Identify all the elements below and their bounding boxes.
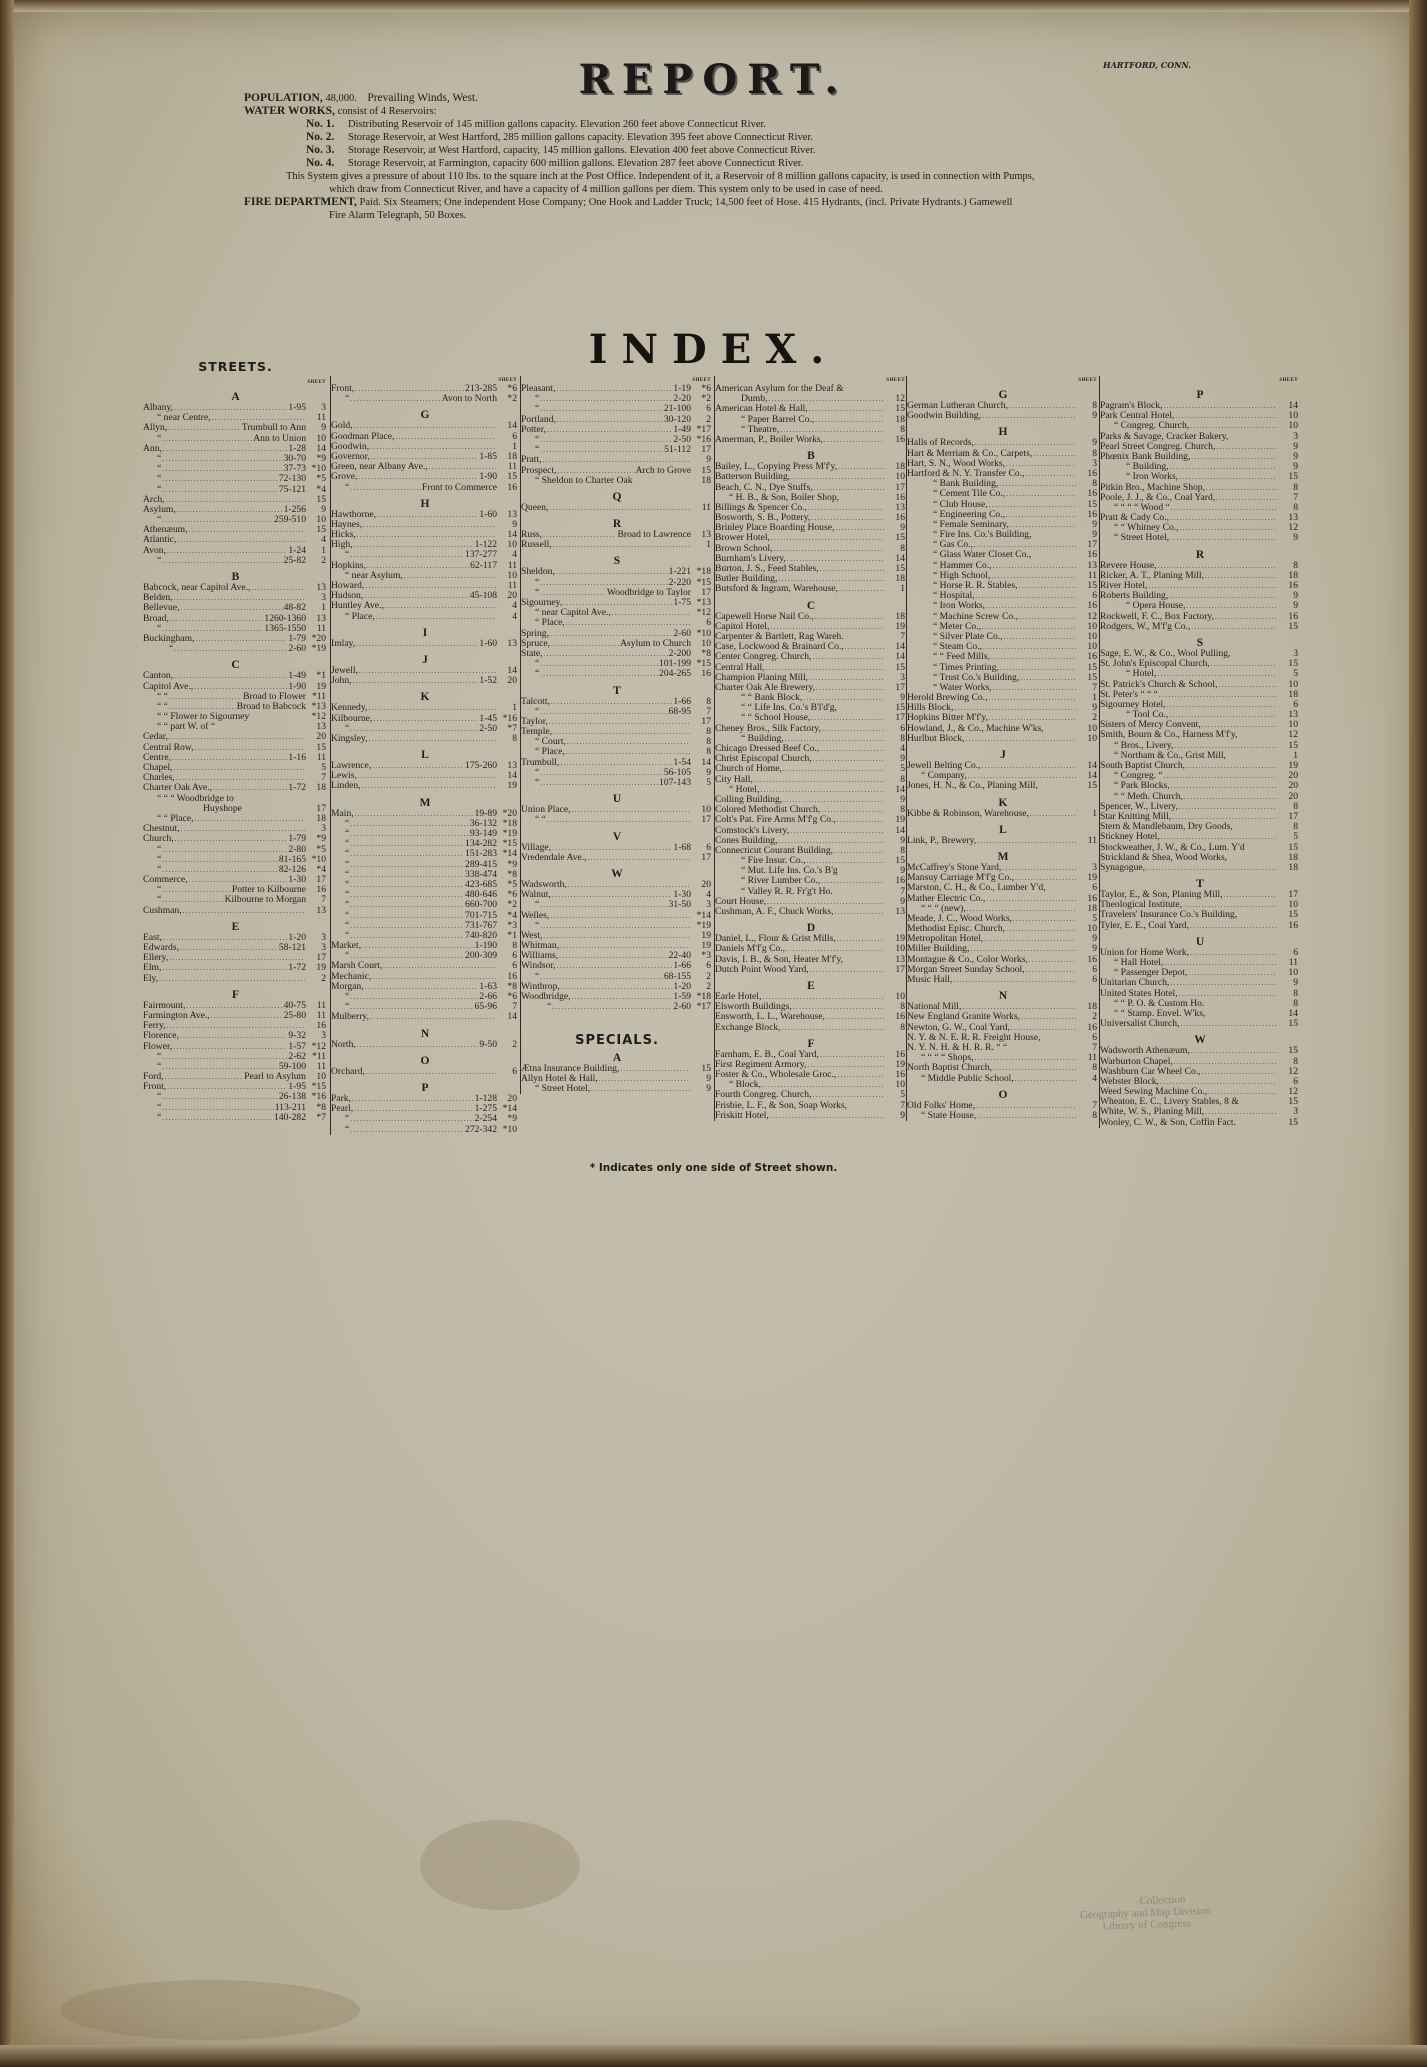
leader-dots [770, 1111, 884, 1121]
leader-dots [572, 805, 690, 815]
index-letter-heading: A [521, 1050, 713, 1064]
entry-range: 1-85 [479, 452, 497, 462]
entry-range: 1-79 [288, 834, 306, 844]
leader-dots [568, 880, 690, 890]
index-entry: “107-1435 [521, 778, 713, 788]
leader-dots [162, 556, 282, 566]
entry-sheet-number: 16 [691, 669, 713, 679]
leader-dots [540, 921, 690, 931]
index-letter-heading: O [907, 1087, 1099, 1101]
index-entry: Farmington Ave.,25-8011 [143, 1011, 328, 1021]
leader-dots [167, 546, 287, 556]
leader-dots [251, 583, 305, 593]
leader-dots [362, 941, 474, 951]
entry-range: 9-50 [479, 1040, 497, 1050]
index-entry: Linden,19 [331, 781, 519, 791]
leader-dots [540, 435, 672, 445]
entry-sheet-number: 17 [691, 815, 713, 825]
leader-dots [355, 809, 474, 819]
leader-dots [540, 445, 663, 455]
leader-dots [350, 1114, 473, 1124]
paper-edge-right [1409, 0, 1427, 2067]
leader-dots [1006, 489, 1076, 499]
entry-sheet-number: 5 [1278, 669, 1300, 679]
leader-dots [181, 824, 305, 834]
index-entry: Wooley, C. W., & Son, Coffin Fact.15 [1100, 1118, 1300, 1128]
leader-dots [350, 870, 464, 880]
entry-sheet-number: 16 [1077, 489, 1099, 499]
index-letter-heading: R [1100, 547, 1300, 561]
leader-dots [816, 683, 884, 693]
leader-dots [809, 673, 884, 683]
entry-name: Front, [143, 1082, 166, 1092]
leader-dots [837, 815, 884, 825]
leader-dots [572, 992, 673, 1002]
leader-dots [350, 860, 464, 870]
index-entry: Orchard,6 [331, 1067, 519, 1077]
leader-dots [556, 384, 672, 394]
leader-dots [1030, 809, 1076, 819]
entry-sheet-number: 11 [691, 503, 713, 513]
index-entry: Batterson Building,10 [715, 472, 907, 482]
index-entry: Synagogue,18 [1100, 863, 1300, 873]
specials-heading: SPECIALS. [521, 1036, 713, 1046]
leader-dots [982, 761, 1076, 771]
leader-dots [363, 520, 496, 530]
leader-dots [1186, 761, 1277, 771]
entry-sheet-number: *5 [306, 474, 328, 484]
entry-range: 51-112 [664, 445, 691, 455]
leader-dots [551, 697, 673, 707]
leader-dots [977, 836, 1076, 846]
entry-range: 31-50 [669, 900, 691, 910]
index-letter-heading: V [521, 829, 713, 843]
entry-sheet-number: 15 [1278, 622, 1300, 632]
leader-dots [986, 894, 1076, 904]
index-entry: Ensworth, L. L., Warehouse,16 [715, 1012, 907, 1022]
entry-range: Kilbourne to Morgan [225, 895, 306, 905]
leader-dots [1021, 1012, 1076, 1022]
entry-name: “ “ Feed Mills, [907, 652, 990, 662]
entry-sheet-number: 15 [1077, 781, 1099, 791]
leader-dots [1015, 1074, 1076, 1084]
leader-dots [350, 849, 464, 859]
leader-dots [782, 1023, 884, 1033]
index-blocks: American Asylum for the Deaf &Dumb,12Ame… [715, 384, 907, 1121]
leader-dots [162, 434, 252, 444]
leader-dots [754, 775, 884, 785]
entry-range: 2-50 [479, 724, 497, 734]
leader-dots [350, 829, 469, 839]
leader-dots [1019, 612, 1076, 622]
index-entry: Universalist Church,15 [1100, 1019, 1300, 1029]
leader-dots [557, 415, 663, 425]
index-letter-heading: S [521, 553, 713, 567]
leader-dots [543, 931, 690, 941]
leader-dots [189, 525, 305, 535]
entry-name: “ [331, 1114, 349, 1124]
entry-range: 175-260 [465, 761, 497, 771]
leader-dots [370, 442, 496, 452]
leader-dots [162, 454, 282, 464]
entry-name: Link, P., Brewery, [907, 836, 976, 846]
leader-dots [1202, 1067, 1277, 1077]
leader-dots [1146, 863, 1277, 873]
leader-dots [1006, 924, 1076, 934]
index-entry: Wadsworth Athenæum,15 [1100, 1046, 1300, 1056]
leader-dots [162, 1103, 273, 1113]
leader-dots [358, 771, 496, 781]
leader-dots [790, 826, 884, 836]
entry-sheet-number: 18 [1278, 863, 1300, 873]
entry-name: Cushman, A. F., Chuck Works, [715, 907, 833, 917]
entry-name: Hurlbut Block, [907, 734, 965, 744]
index-entry: Queen,11 [521, 503, 713, 513]
index-entry: “ Hotel,5 [1100, 669, 1300, 679]
index-entry: Goodwin Building,9 [907, 411, 1099, 421]
entry-name: Kennedy, [331, 703, 367, 713]
sheet-column-header: SHEET [907, 376, 1099, 384]
leader-dots [983, 642, 1076, 652]
leader-dots [350, 880, 464, 890]
leader-dots [999, 479, 1076, 489]
entry-sheet-number: 9 [691, 1084, 713, 1094]
leader-dots [385, 601, 496, 611]
entry-sheet-number: *2 [497, 900, 519, 910]
leader-dots [175, 834, 288, 844]
leader-dots [353, 676, 479, 686]
index-entry: Center Congreg. Church,14 [715, 652, 907, 662]
entry-range: 65-96 [475, 1002, 497, 1012]
sheet-column-header: SHEET [1100, 376, 1300, 384]
entry-sheet-number: 11 [1077, 836, 1099, 846]
entry-sheet-number: 4 [497, 612, 519, 622]
leader-dots [839, 584, 884, 594]
entry-sheet-number: 9 [1077, 411, 1099, 421]
entry-name: Stickney Hotel, [1100, 832, 1160, 842]
leader-dots [368, 703, 496, 713]
entry-range: 660-700 [465, 900, 497, 910]
index-entry: Kennedy,1 [331, 703, 519, 713]
entry-name: Church, [143, 834, 174, 844]
leader-dots [1170, 978, 1277, 988]
index-letter-heading: E [143, 919, 328, 933]
entry-range: 2-60 [673, 1002, 691, 1012]
entry-name: Cushman, [143, 906, 182, 916]
leader-dots [1171, 503, 1277, 513]
index-entry: “272-342*10 [331, 1125, 519, 1135]
leader-dots [820, 1050, 884, 1060]
entry-name: “ Sheldon to Charter Oak [521, 476, 633, 486]
entry-name: Trumbull, [521, 758, 559, 768]
index-entry: North,9-502 [331, 1040, 519, 1050]
water-works-label: WATER WORKS, [244, 105, 335, 117]
index-entry: Welles,*14 [521, 911, 713, 921]
leader-dots [551, 639, 619, 649]
index-blocks: AAlbany,1-953“ near Centre,11Allyn,Trumb… [143, 389, 328, 1123]
paper-edge-left [0, 0, 14, 2067]
entry-name: Capitol Ave., [143, 682, 193, 692]
entry-name: “ [521, 778, 539, 788]
entry-sheet-number: 9 [691, 455, 713, 465]
leader-dots [837, 934, 884, 944]
entry-sheet-number: 8 [497, 734, 519, 744]
leader-dots [162, 1113, 273, 1123]
entry-name: Kilbourne, [331, 714, 372, 724]
index-letter-heading: P [1100, 387, 1300, 401]
leader-dots [1163, 401, 1277, 411]
leader-dots [1216, 493, 1277, 503]
leader-dots [1026, 469, 1076, 479]
index-entry: Exchange Block,8 [715, 1023, 907, 1033]
leader-dots [544, 649, 668, 659]
entry-name: Grove, [331, 472, 357, 482]
leader-dots [561, 982, 673, 992]
entry-name: Mulberry, [331, 1012, 369, 1022]
leader-dots [1179, 802, 1277, 812]
index-entry: “ Cement Tile Co.,16 [907, 489, 1099, 499]
entry-name: Pearl, [331, 1104, 353, 1114]
entry-name: Marston, C. H., & Co., Lumber Y'd, [907, 883, 1046, 893]
entry-range: 1-72 [288, 783, 306, 793]
leader-dots [1167, 700, 1277, 710]
leader-dots [540, 707, 667, 717]
leader-dots [350, 931, 464, 941]
index-entry: Marston, C. H., & Co., Lumber Y'd,6 [907, 883, 1099, 893]
entry-range: 1-95 [288, 403, 306, 413]
reservoir-text: Distributing Reservoir of 145 million ga… [348, 119, 766, 130]
leader-dots [350, 921, 464, 931]
entry-name: “ Middle Public School, [907, 1074, 1014, 1084]
leader-dots [1188, 968, 1277, 978]
leader-dots [540, 669, 658, 679]
entry-name: Canton, [143, 671, 173, 681]
index-entry: “ “17 [521, 815, 713, 825]
entry-range: 62-117 [470, 561, 497, 571]
entry-sheet-number: 1 [1077, 809, 1099, 819]
entry-name: Jones, H. N., & Co., Planing Mill, [907, 781, 1038, 791]
entry-name: “ [331, 483, 349, 493]
leader-dots [1164, 771, 1277, 781]
entry-range: 1-16 [288, 753, 306, 763]
leader-dots [1170, 513, 1277, 523]
index-entry: Church,1-79*9 [143, 834, 328, 844]
index-entry: “ Place,4 [331, 612, 519, 622]
leader-dots [835, 523, 884, 533]
leader-dots [1179, 472, 1277, 482]
leader-dots [993, 561, 1076, 571]
entry-name: Wadsworth Athenæum, [1100, 1046, 1190, 1056]
entry-range: 1-75 [673, 598, 691, 608]
index-letter-heading: C [715, 598, 907, 612]
reservoir-number: No. 3. [306, 144, 348, 157]
entry-name: Pratt, [521, 455, 542, 465]
index-entry: Edwards,58-1213 [143, 943, 328, 953]
population-value: 48,000. [325, 93, 357, 104]
leader-dots [1020, 673, 1076, 683]
leader-dots [988, 693, 1076, 703]
leader-dots [1018, 581, 1076, 591]
entry-name: “ [143, 644, 173, 654]
leader-dots [540, 404, 663, 414]
leader-dots [991, 652, 1076, 662]
index-entry: “2-60*17 [521, 1002, 713, 1012]
leader-dots [366, 1067, 496, 1077]
entry-name: Synagogue, [1100, 863, 1145, 873]
leader-dots [1206, 483, 1277, 493]
leader-dots [1191, 1046, 1277, 1056]
leader-dots [783, 764, 884, 774]
leader-dots [993, 1063, 1076, 1073]
index-column-specials-3: SHEET PPagram's Block,14Park Central Hot… [1099, 376, 1300, 1128]
entry-name: Linden, [331, 781, 361, 791]
leader-dots [174, 644, 287, 654]
index-entry: “75-121*4 [143, 485, 328, 495]
leader-dots [1211, 659, 1277, 669]
leader-dots [560, 758, 672, 768]
entry-range: 9-32 [288, 1031, 306, 1041]
entry-name: Vredendale Ave., [521, 853, 587, 863]
leader-dots [540, 394, 672, 404]
index-letter-heading: W [1100, 1032, 1300, 1046]
entry-name: North, [331, 1040, 356, 1050]
entry-name: John, [331, 676, 352, 686]
entry-name: “ [521, 1002, 551, 1012]
entry-range: 68-95 [669, 707, 691, 717]
leader-dots [368, 734, 496, 744]
water-works-text: consist of 4 Reservoirs: [338, 106, 437, 117]
index-entry: Link, P., Brewery,11 [907, 836, 1099, 846]
reservoir-number: No. 1. [306, 118, 348, 131]
fire-department-row: FIRE DEPARTMENT, Paid. Six Steamers; One… [244, 196, 1204, 209]
entry-sheet-number: 9 [1278, 533, 1300, 543]
entry-sheet-number: 5 [1278, 832, 1300, 842]
index-entry: Russell,1 [521, 540, 713, 550]
leader-dots [566, 747, 690, 757]
entry-name: Front, [331, 384, 354, 394]
entry-sheet-number: 10 [1077, 734, 1099, 744]
index-letter-heading: N [331, 1026, 519, 1040]
place-label: HARTFORD, CONN. [1103, 60, 1191, 70]
leader-dots [815, 612, 884, 622]
index-entry: “*19 [521, 921, 713, 931]
entry-range: Broad to Lawrence [617, 530, 691, 540]
index-column-specials-2: SHEET GGerman Lutheran Church,8Goodwin B… [906, 376, 1099, 1121]
leader-dots [1161, 832, 1277, 842]
entry-name: “ [521, 900, 539, 910]
leader-dots [549, 717, 690, 727]
reservoir-text: Storage Reservoir, at Farmington, capaci… [348, 158, 803, 169]
leader-dots [350, 724, 478, 734]
entry-name: Woodbridge, [521, 992, 571, 1002]
leader-dots [553, 727, 690, 737]
leader-dots [354, 540, 474, 550]
index-entry: “Front to Commerce16 [331, 483, 519, 493]
index-blocks: Pleasant,1-19*6“2-20*2“21-1006Portland,3… [521, 384, 713, 1012]
leader-dots [612, 608, 690, 618]
reservoir-number: No. 4. [306, 157, 348, 170]
index-entry: Cushman, A. F., Chuck Works,13 [715, 907, 907, 917]
leader-dots [162, 845, 287, 855]
leader-dots [162, 885, 231, 895]
leader-dots [195, 634, 287, 644]
leader-dots [1216, 442, 1277, 452]
entry-range: 200-309 [465, 951, 497, 961]
index-entry: Pratt,9 [521, 455, 713, 465]
leader-dots [820, 744, 884, 754]
entry-name: Imlay, [331, 639, 355, 649]
entry-sheet-number: 13 [497, 639, 519, 649]
entry-name: Ensworth, L. L., Warehouse, [715, 1012, 825, 1022]
leader-dots [1171, 781, 1277, 791]
leader-dots [162, 1052, 287, 1062]
leader-dots [350, 890, 464, 900]
leader-dots [566, 618, 690, 628]
population-label: POPULATION, [244, 92, 323, 104]
leader-dots [815, 415, 884, 425]
index-entry: “25-822 [143, 556, 328, 566]
index-entry: Mulberry,14 [331, 1012, 519, 1022]
entry-name: “ [143, 556, 161, 566]
leader-dots [165, 1072, 244, 1082]
leader-dots [1004, 632, 1076, 642]
entry-name: “ Street Hotel, [521, 1084, 590, 1094]
leader-dots [356, 639, 478, 649]
entry-name: American Asylum for the Deaf & [715, 384, 844, 394]
entry-sheet-number: *9 [497, 1114, 519, 1124]
index-blocks: Front,213-285*6“Avon to North*2GGold,14G… [331, 384, 519, 1135]
leader-dots [599, 1074, 690, 1084]
library-stamp: Collection Geography and Map Division Li… [1079, 1893, 1211, 1934]
leader-dots [620, 1064, 690, 1074]
leader-dots [771, 533, 884, 543]
index-letter-heading: B [143, 569, 328, 583]
index-letter-heading: N [907, 988, 1099, 1002]
index-entry: Canton,1-49*1 [143, 671, 328, 681]
entry-range: 1-60 [479, 510, 497, 520]
entry-name: Dutch Point Wood Yard, [715, 965, 809, 975]
leader-dots [174, 671, 287, 681]
leader-dots [1191, 622, 1277, 632]
leader-dots [549, 503, 690, 513]
entry-sheet-number: 19 [885, 815, 907, 825]
leader-dots [556, 567, 668, 577]
leader-dots [211, 1011, 283, 1021]
leader-dots [977, 1111, 1076, 1121]
leader-dots [159, 974, 305, 984]
entry-sheet-number: 14 [497, 1012, 519, 1022]
entry-sheet-number: 16 [885, 435, 907, 445]
leader-dots [837, 1070, 884, 1080]
index-entry: “2-60*19 [143, 644, 328, 654]
leader-dots [177, 505, 283, 515]
entry-range: 1-60 [479, 639, 497, 649]
entry-name: Broad, [143, 614, 169, 624]
leader-dots [162, 464, 282, 474]
leader-dots [167, 1082, 287, 1092]
entry-sheet-number: 4 [1077, 1074, 1099, 1084]
leader-dots [350, 550, 464, 560]
fire-department-label: FIRE DEPARTMENT, [244, 196, 357, 208]
leader-dots [162, 474, 278, 484]
entry-name: “ [331, 900, 349, 910]
entry-range: 72-130 [279, 474, 306, 484]
index-entry: Friskitt Hotel,9 [715, 1111, 907, 1121]
leader-dots [834, 846, 884, 856]
reservoir-row: No. 4.Storage Reservoir, at Farmington, … [244, 157, 1204, 170]
index-entry: Tyler, E. E., Coal Yard,16 [1100, 921, 1300, 931]
leader-dots [808, 503, 884, 513]
